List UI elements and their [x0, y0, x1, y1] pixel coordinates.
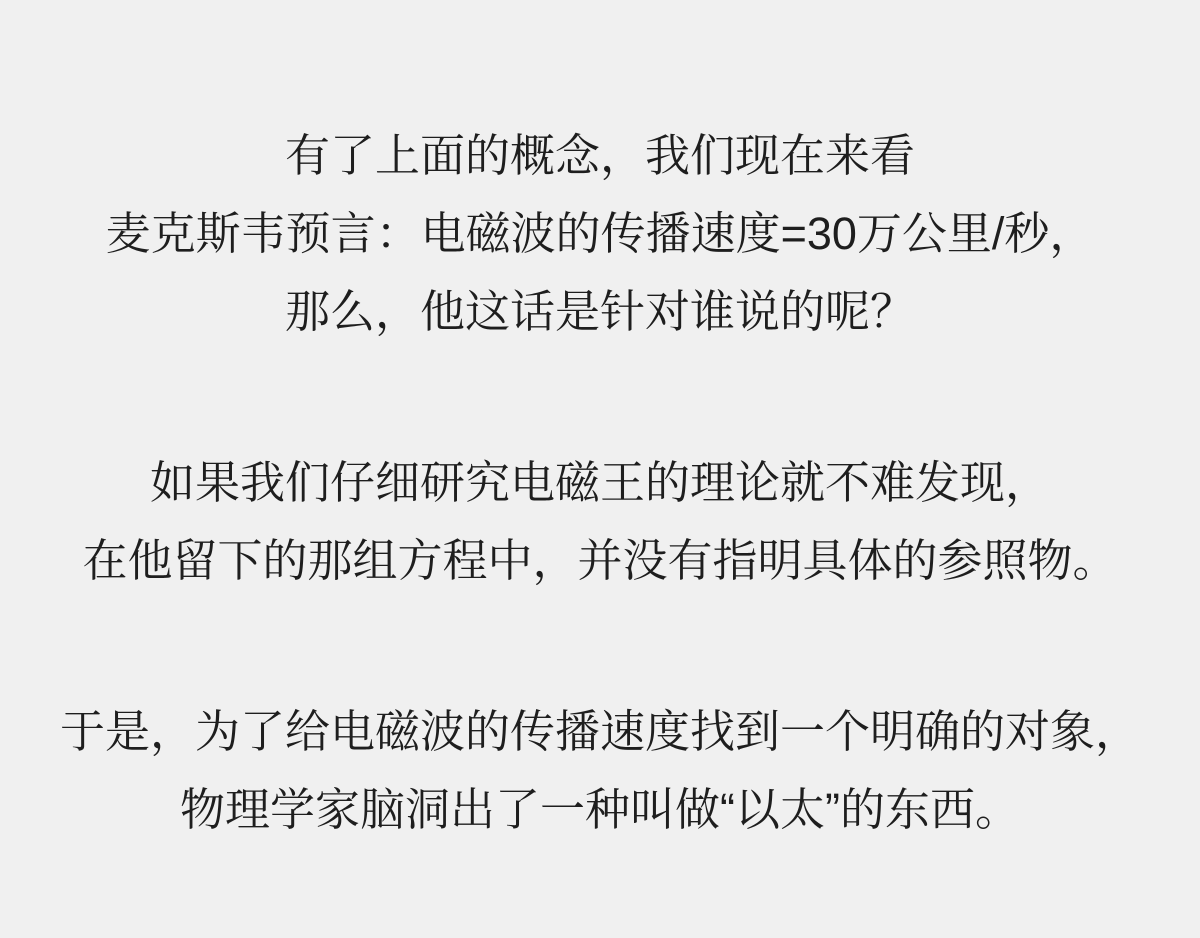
- text-line: 于是，为了给电磁波的传播速度找到一个明确的对象，: [0, 693, 1200, 771]
- paragraph-1: 有了上面的概念，我们现在来看 麦克斯韦预言：电磁波的传播速度=30万公里/秒， …: [0, 117, 1200, 351]
- paragraph-2: 如果我们仔细研究电磁王的理论就不难发现， 在他留下的那组方程中，并没有指明具体的…: [0, 444, 1200, 600]
- text-line: 有了上面的概念，我们现在来看: [0, 117, 1200, 195]
- paragraph-3: 于是，为了给电磁波的传播速度找到一个明确的对象， 物理学家脑洞出了一种叫做“以太…: [0, 693, 1200, 849]
- text-line: 如果我们仔细研究电磁王的理论就不难发现，: [0, 444, 1200, 522]
- text-line: 麦克斯韦预言：电磁波的传播速度=30万公里/秒，: [0, 195, 1200, 273]
- article-body: 有了上面的概念，我们现在来看 麦克斯韦预言：电磁波的传播速度=30万公里/秒， …: [0, 0, 1200, 938]
- text-line: 物理学家脑洞出了一种叫做“以太”的东西。: [0, 771, 1200, 849]
- text-line: 在他留下的那组方程中，并没有指明具体的参照物。: [0, 522, 1200, 600]
- text-line: 那么，他这话是针对谁说的呢？: [0, 273, 1200, 351]
